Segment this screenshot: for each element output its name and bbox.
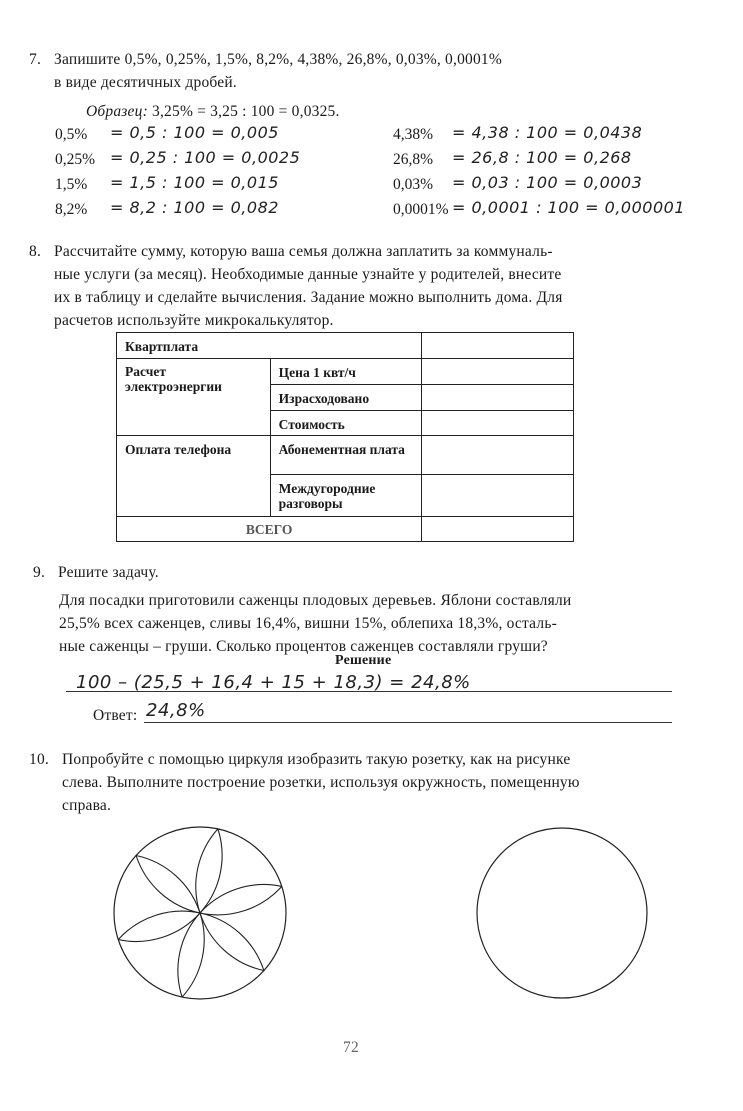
rent-label: Квартплата [117, 333, 422, 359]
percent-given: 1,5% [55, 176, 87, 194]
phone-longdistance-label: Междугородние разговоры [270, 475, 422, 517]
electricity-used-label: Израсходовано [270, 385, 422, 411]
handwritten-answer: = 1,5 : 100 = 0,015 [110, 173, 279, 192]
phone-longdistance-cell[interactable] [422, 475, 574, 517]
electricity-used-cell[interactable] [422, 385, 574, 411]
electricity-cost-cell[interactable] [422, 411, 574, 436]
percent-given: 4,38% [393, 126, 433, 144]
example-label: Образец: [86, 103, 148, 120]
handwritten-answer: = 0,0001 : 100 = 0,000001 [452, 198, 685, 217]
electricity-label: Расчет электроэнергии [117, 359, 271, 436]
total-label: ВСЕГО [117, 517, 422, 542]
electricity-cost-label: Стоимость [270, 411, 422, 436]
handwritten-answer: = 26,8 : 100 = 0,268 [452, 148, 632, 167]
handwritten-answer: = 0,25 : 100 = 0,0025 [110, 148, 300, 167]
task8-line: расчетов используйте микрокалькулятор. [54, 312, 334, 330]
solution-line [66, 691, 672, 692]
task8-line: Рассчитайте сумму, которую ваша семья до… [54, 243, 553, 261]
percent-given: 8,2% [55, 201, 87, 219]
percent-given: 0,0001% [393, 201, 449, 219]
percent-given: 0,25% [55, 151, 95, 169]
answer-line [144, 722, 672, 723]
handwritten-answer: = 8,2 : 100 = 0,082 [110, 198, 279, 217]
task8-line: ные услуги (за месяц). Необходимые данны… [54, 266, 561, 284]
percent-given: 0,03% [393, 176, 433, 194]
task10-number: 10. [29, 751, 49, 769]
percent-given: 26,8% [393, 151, 433, 169]
rosette-figure [100, 825, 300, 1005]
task10-line: Попробуйте с помощью циркуля изобразить … [62, 751, 570, 769]
task7-example: Образец: 3,25% = 3,25 : 100 = 0,0325. [86, 103, 340, 121]
task10-line: слева. Выполните построение розетки, исп… [62, 774, 580, 792]
handwritten-answer: = 4,38 : 100 = 0,0438 [452, 123, 642, 142]
handwritten-answer: = 0,03 : 100 = 0,0003 [452, 173, 642, 192]
rent-value-cell[interactable] [422, 333, 574, 359]
electricity-price-label: Цена 1 квт/ч [270, 359, 422, 385]
utilities-table: Квартплата Расчет электроэнергии Цена 1 … [116, 332, 574, 542]
task7-prompt-line2: в виде десятичных дробей. [54, 74, 237, 92]
task9-line: Для посадки приготовили саженцы плодовых… [59, 592, 571, 610]
empty-circle[interactable] [460, 825, 650, 1005]
percent-given: 0,5% [55, 126, 87, 144]
task9-line: 25,5% всех саженцев, сливы 16,4%, вишни … [59, 615, 557, 633]
phone-subscription-label: Абонементная плата [270, 436, 422, 475]
solution-text: 100 – (25,5 + 16,4 + 15 + 18,3) = 24,8% [76, 672, 471, 693]
example-text: 3,25% = 3,25 : 100 = 0,0325. [152, 103, 340, 120]
task7-number: 7. [29, 51, 41, 69]
phone-label: Оплата телефона [117, 436, 271, 517]
task9-line: ные саженцы – груши. Сколько процентов с… [59, 638, 548, 656]
task9-number: 9. [33, 564, 45, 582]
answer-text: 24,8% [146, 700, 206, 721]
answer-label: Ответ: [93, 707, 137, 725]
total-value-cell[interactable] [422, 517, 574, 542]
electricity-price-cell[interactable] [422, 359, 574, 385]
solution-label: Решение [335, 653, 391, 669]
task9-title: Решите задачу. [58, 564, 159, 582]
task8-line: их в таблицу и сделайте вычисления. Зада… [54, 289, 563, 307]
handwritten-answer: = 0,5 : 100 = 0,005 [110, 123, 279, 142]
task7-prompt-line1: Запишите 0,5%, 0,25%, 1,5%, 8,2%, 4,38%,… [54, 51, 502, 69]
phone-subscription-cell[interactable] [422, 436, 574, 475]
task10-line: справа. [62, 797, 111, 815]
page-number: 72 [343, 1039, 359, 1057]
task8-number: 8. [29, 243, 41, 261]
